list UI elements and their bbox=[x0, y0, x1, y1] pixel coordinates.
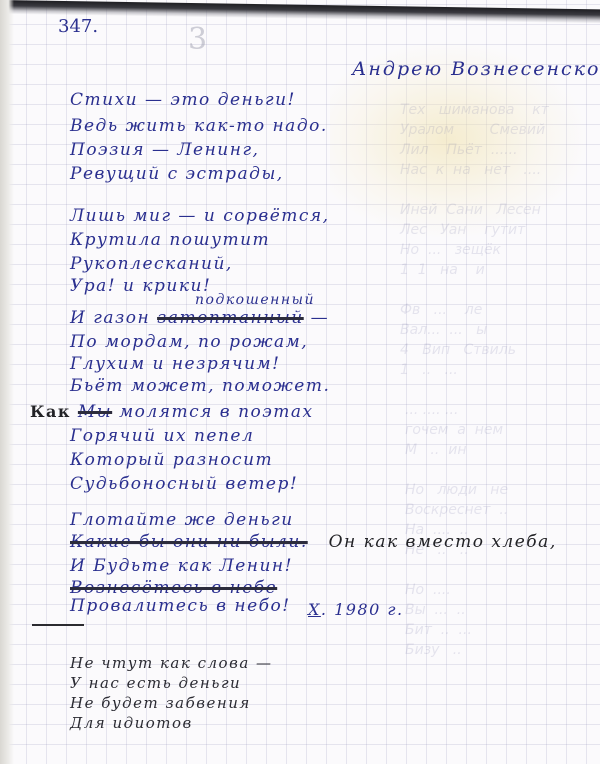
bleed-through-text-lower: ... .... ... гочем а нем М .. ин Но люди… bbox=[405, 400, 508, 660]
poem-line: Судьбоносный ветер! bbox=[70, 474, 298, 494]
struck-word: затоптанный bbox=[157, 308, 304, 328]
note-line: У нас есть деньги bbox=[70, 674, 241, 692]
note-line: Для идиотов bbox=[70, 714, 193, 732]
margin-insert: Как bbox=[30, 402, 71, 421]
poem-line: Стихи — это деньги! bbox=[70, 90, 296, 110]
poem-line: Горячий их пепел bbox=[70, 426, 254, 446]
poem-line: Рукоплесканий, bbox=[70, 254, 233, 274]
manuscript-page: Тех шиманова кт Уралом Смевий Лил Пьёт .… bbox=[0, 0, 600, 764]
poem-line-prefix: И газон bbox=[70, 308, 157, 328]
poem-line: Бьёт может, поможет. bbox=[70, 376, 330, 396]
date-separator: . bbox=[321, 600, 334, 619]
page-number: 347. bbox=[58, 16, 98, 37]
struck-text: Вознесётесь в небе bbox=[70, 578, 277, 598]
continuation-note: Он как вместо хлеба, bbox=[329, 532, 557, 552]
insertion-above-line: подкошенный bbox=[195, 292, 315, 308]
date-month: X bbox=[308, 600, 321, 619]
poem-line: Крутила пошутит bbox=[70, 230, 270, 250]
poem-line-with-continuation: Какие бы они ни были. Он как вместо хлеб… bbox=[70, 532, 557, 552]
scan-left-edge bbox=[0, 0, 14, 764]
poem-line-with-correction: И газон затоптанный — bbox=[70, 308, 329, 328]
poem-line: Провалитесь в небо! bbox=[70, 596, 291, 616]
dash: — bbox=[304, 308, 329, 328]
poem-line: Ревущий с эстрады, bbox=[70, 164, 284, 184]
poem-line: Глотайте же деньги bbox=[70, 510, 294, 530]
date: X. 1980 г. bbox=[308, 600, 404, 619]
poem-line: Ура! и крики! bbox=[70, 276, 211, 296]
poem-line-with-margin-insert: Как Мы молятся в поэтах bbox=[30, 402, 314, 422]
struck-word: Мы bbox=[78, 402, 112, 422]
date-year: 1980 г. bbox=[334, 600, 403, 619]
sheet-mark: 3 bbox=[188, 22, 209, 57]
poem-line: Ведь жить как-то надо. bbox=[70, 116, 328, 136]
poem-line-rest: молятся в поэтах bbox=[119, 402, 314, 422]
poem-line: Глухим и незрячим! bbox=[70, 354, 280, 374]
poem-line: Поэзия — Ленинг, bbox=[70, 140, 259, 160]
poem-line: По мордам, по рожам, bbox=[70, 332, 308, 352]
struck-line: Какие бы они ни были. bbox=[70, 532, 308, 552]
note-line: Не чтут как слова — bbox=[70, 654, 273, 672]
poem-line: Который разносит bbox=[70, 450, 273, 470]
poem-line: Лишь миг — и сорвётся, bbox=[70, 206, 330, 226]
dedication: Андрею Вознесенскому bbox=[352, 58, 600, 80]
separator-rule bbox=[32, 624, 84, 626]
struck-line: Вознесётесь в небе bbox=[70, 578, 277, 598]
poem-line: И Будьте как Ленин! bbox=[70, 556, 293, 576]
note-line: Не будет забвения bbox=[70, 694, 251, 712]
bleed-through-text: Тех шиманова кт Уралом Смевий Лил Пьёт .… bbox=[400, 100, 549, 380]
